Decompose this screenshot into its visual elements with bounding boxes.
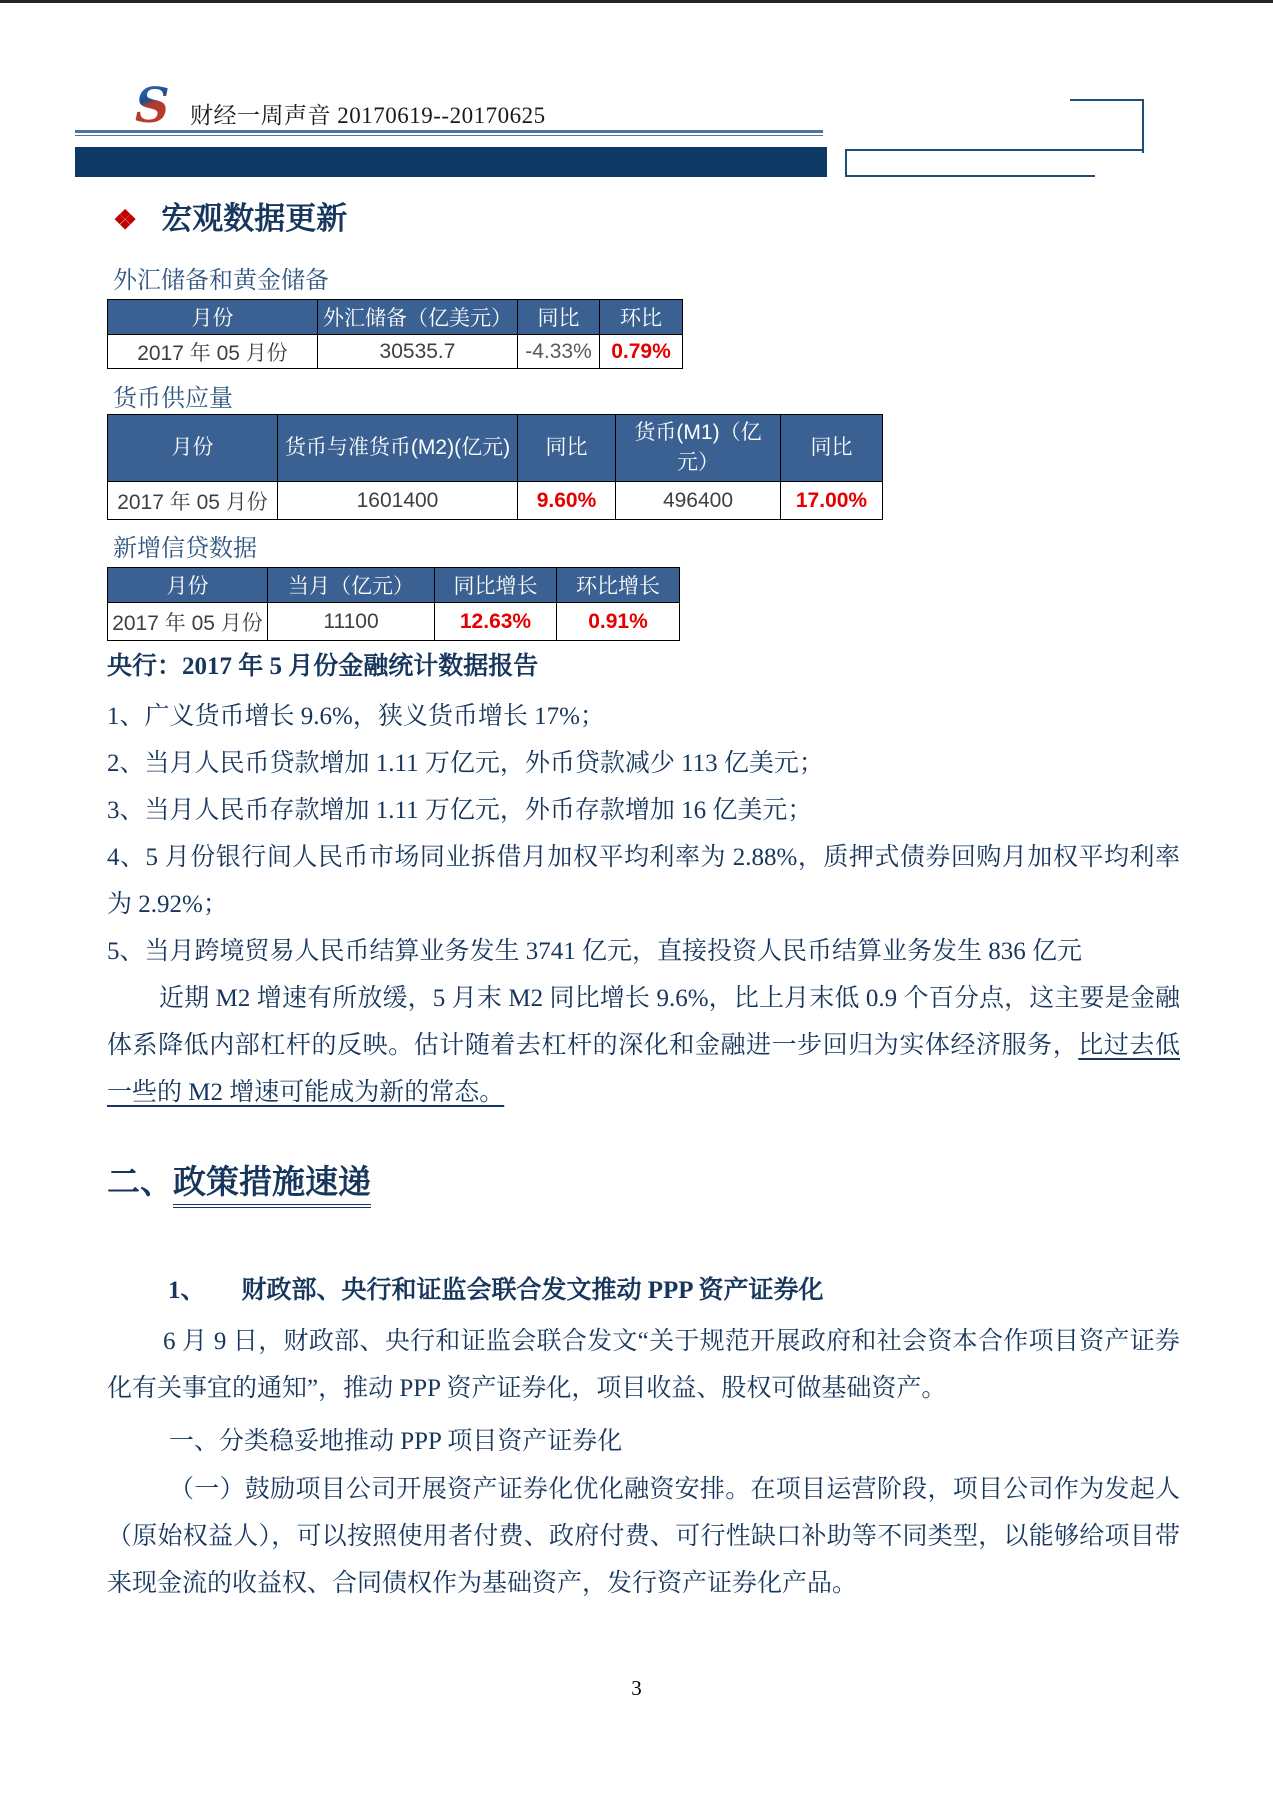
table-caption-money-supply: 货币供应量 — [113, 378, 233, 413]
col-header: 当月（亿元） — [268, 568, 435, 603]
col-header: 同比 — [518, 300, 600, 335]
table-caption-new-credit: 新增信贷数据 — [113, 528, 257, 563]
table-caption-fx-reserves: 外汇储备和黄金储备 — [113, 260, 329, 295]
pboc-report-heading: 央行：2017 年 5 月份金融统计数据报告 — [107, 646, 538, 682]
svg-text:S: S — [135, 80, 170, 130]
col-header: 月份 — [108, 300, 318, 335]
policy-subheading-1: 1、财政部、央行和证监会联合发文推动 PPP 资产证券化 — [168, 1270, 823, 1306]
table-cell: 17.00% — [781, 482, 883, 520]
col-header: 同比 — [518, 415, 616, 482]
report-item-2: 2、当月人民币贷款增加 1.11 万亿元，外币贷款减少 113 亿美元； — [107, 740, 1180, 787]
fx-reserves-table: 月份 外汇储备（亿美元） 同比 环比 2017 年 05 月份 30535.7 … — [107, 299, 683, 369]
document-page: S 财经一周声音 20170619--20170625 ❖宏观数据更新 外汇储备… — [0, 0, 1273, 1800]
table-header-row: 月份 外汇储备（亿美元） 同比 环比 — [108, 300, 683, 335]
report-item-1: 1、广义货币增长 9.6%，狭义货币增长 17%； — [107, 693, 1180, 740]
table-cell: -4.33% — [518, 335, 600, 369]
page-top-border — [0, 0, 1273, 3]
subheading-text: 财政部、央行和证监会联合发文推动 PPP 资产证券化 — [242, 1277, 824, 1304]
m2-commentary-normal: 近期 M2 增速有所放缓，5 月末 M2 同比增长 9.6%，比上月末低 0.9… — [107, 985, 1180, 1059]
new-credit-table: 月份 当月（亿元） 同比增长 环比增长 2017 年 05 月份 11100 1… — [107, 567, 680, 641]
col-header: 环比增长 — [557, 568, 680, 603]
s-swoosh-logo-icon: S — [134, 80, 170, 130]
table-cell: 0.79% — [600, 335, 683, 369]
table-row: 2017 年 05 月份 30535.7 -4.33% 0.79% — [108, 335, 683, 369]
money-supply-table: 月份 货币与准货币(M2)(亿元) 同比 货币(M1)（亿元） 同比 2017 … — [107, 414, 883, 520]
report-body: 1、广义货币增长 9.6%，狭义货币增长 17%； 2、当月人民币贷款增加 1.… — [107, 693, 1180, 1116]
section-title-text: 政策措施速递 — [173, 1165, 371, 1208]
table-cell: 2017 年 05 月份 — [108, 603, 268, 641]
policy-paragraph-1: 6 月 9 日，财政部、央行和证监会联合发文“关于规范开展政府和社会资本合作项目… — [107, 1318, 1180, 1412]
col-header: 货币(M1)（亿元） — [616, 415, 781, 482]
table-cell: 11100 — [268, 603, 435, 641]
document-title: 财经一周声音 20170619--20170625 — [190, 97, 546, 130]
header-double-rule — [75, 130, 823, 136]
decorative-bracket-bottom — [845, 149, 1095, 177]
section-number: 二、 — [107, 1165, 173, 1201]
table-cell: 0.91% — [557, 603, 680, 641]
table-cell: 30535.7 — [318, 335, 518, 369]
report-item-5: 5、当月跨境贸易人民币结算业务发生 3741 亿元，直接投资人民币结算业务发生 … — [107, 928, 1180, 975]
col-header: 同比 — [781, 415, 883, 482]
col-header: 同比增长 — [435, 568, 557, 603]
table-cell: 2017 年 05 月份 — [108, 482, 278, 520]
report-item-3: 3、当月人民币存款增加 1.11 万亿元，外币存款增加 16 亿美元； — [107, 787, 1180, 834]
table-header-row: 月份 货币与准货币(M2)(亿元) 同比 货币(M1)（亿元） 同比 — [108, 415, 883, 482]
subheading-number: 1、 — [168, 1277, 206, 1304]
header-navy-bar — [75, 147, 827, 177]
diamond-bullet-icon: ❖ — [113, 205, 137, 235]
policy-paragraph-2: 一、分类稳妥地推动 PPP 项目资产证券化 — [107, 1418, 1180, 1465]
decorative-bracket-top — [1070, 99, 1144, 153]
col-header: 月份 — [108, 415, 278, 482]
report-item-4: 4、5 月份银行间人民币市场同业拆借月加权平均利率为 2.88%，质押式债券回购… — [107, 834, 1180, 928]
table-cell: 1601400 — [278, 482, 518, 520]
m2-commentary-paragraph: 近期 M2 增速有所放缓，5 月末 M2 同比增长 9.6%，比上月末低 0.9… — [107, 975, 1180, 1116]
col-header: 货币与准货币(M2)(亿元) — [278, 415, 518, 482]
table-cell: 12.63% — [435, 603, 557, 641]
page-number: 3 — [0, 1676, 1273, 1701]
section-title-text: 宏观数据更新 — [161, 201, 347, 236]
table-row: 2017 年 05 月份 1601400 9.60% 496400 17.00% — [108, 482, 883, 520]
table-cell: 9.60% — [518, 482, 616, 520]
section-policy-heading: 二、政策措施速递 — [107, 1156, 371, 1203]
section-macro-data-title: ❖宏观数据更新 — [113, 193, 347, 238]
table-cell: 2017 年 05 月份 — [108, 335, 318, 369]
table-header-row: 月份 当月（亿元） 同比增长 环比增长 — [108, 568, 680, 603]
policy-paragraph-3: （一）鼓励项目公司开展资产证券化优化融资安排。在项目运营阶段，项目公司作为发起人… — [107, 1466, 1180, 1607]
col-header: 外汇储备（亿美元） — [318, 300, 518, 335]
col-header: 环比 — [600, 300, 683, 335]
table-cell: 496400 — [616, 482, 781, 520]
col-header: 月份 — [108, 568, 268, 603]
table-row: 2017 年 05 月份 11100 12.63% 0.91% — [108, 603, 680, 641]
